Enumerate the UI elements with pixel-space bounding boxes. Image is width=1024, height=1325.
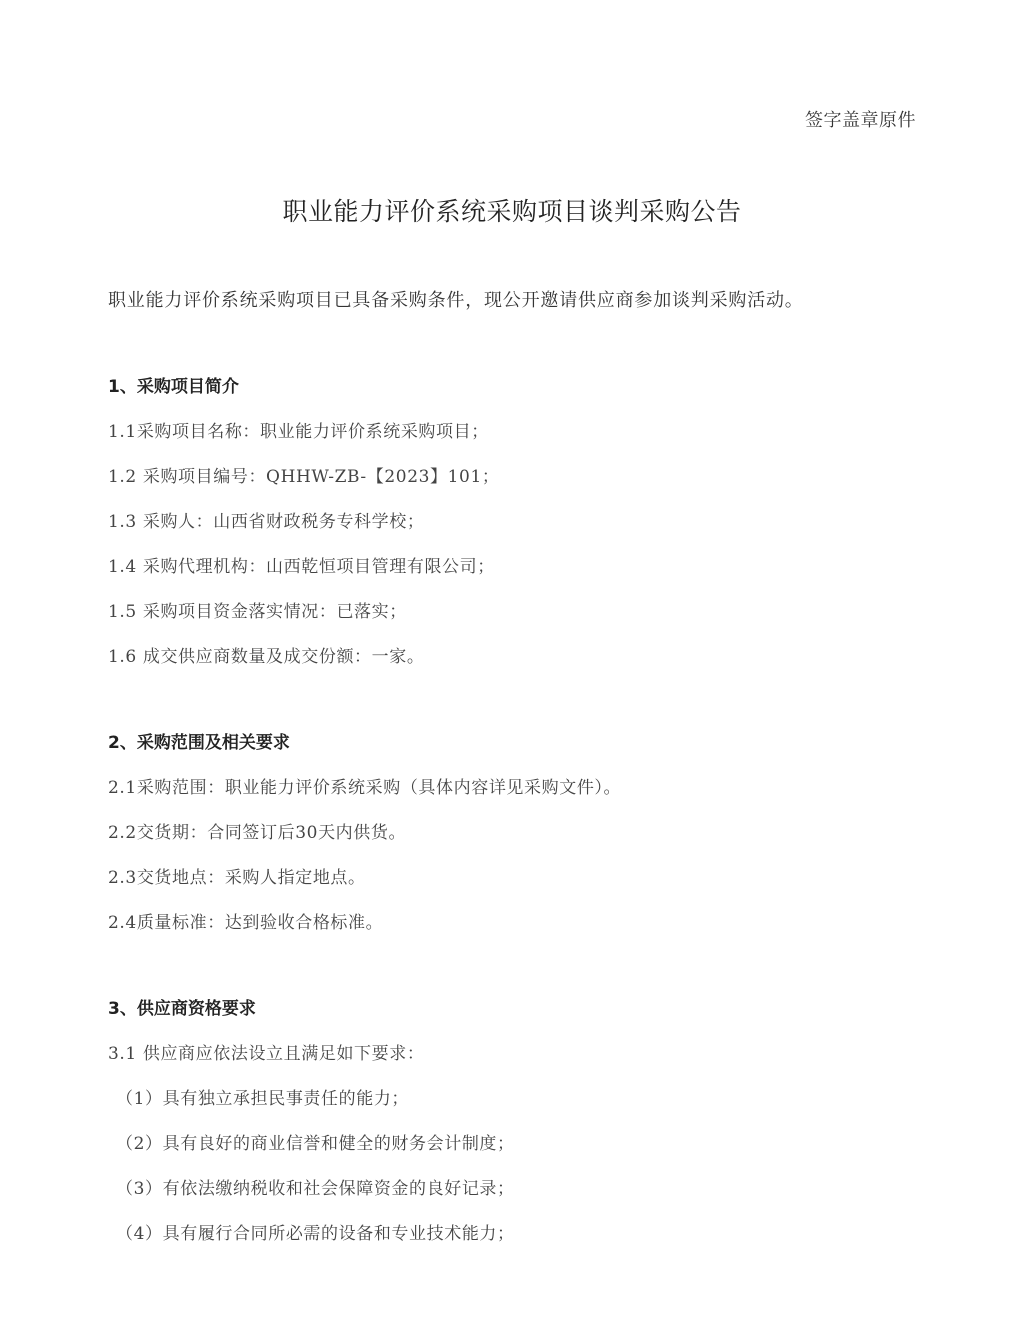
section-project-overview: 1、采购项目简介 1.1采购项目名称：职业能力评价系统采购项目； 1.2 采购项… xyxy=(108,374,499,689)
section-item: 2.4质量标准：达到验收合格标准。 xyxy=(108,910,621,955)
section-item: 1.1采购项目名称：职业能力评价系统采购项目； xyxy=(108,419,499,464)
section-item: 2.3交货地点：采购人指定地点。 xyxy=(108,865,621,910)
section-item: 2.1采购范围：职业能力评价系统采购（具体内容详见采购文件）。 xyxy=(108,775,621,820)
section-item: 3.1 供应商应依法设立且满足如下要求： xyxy=(108,1041,515,1086)
qualification-item: （1）具有独立承担民事责任的能力； xyxy=(108,1086,515,1131)
section-item: 1.5 采购项目资金落实情况：已落实； xyxy=(108,599,499,644)
intro-paragraph: 职业能力评价系统采购项目已具备采购条件，现公开邀请供应商参加谈判采购活动。 xyxy=(108,286,804,312)
section-item: 2.2交货期：合同签订后30天内供货。 xyxy=(108,820,621,865)
section-heading: 1、采购项目简介 xyxy=(108,374,499,419)
section-item: 1.6 成交供应商数量及成交份额：一家。 xyxy=(108,644,499,689)
section-heading: 3、供应商资格要求 xyxy=(108,996,515,1041)
section-supplier-qualifications: 3、供应商资格要求 3.1 供应商应依法设立且满足如下要求： （1）具有独立承担… xyxy=(108,996,515,1266)
document-page: 签字盖章原件 职业能力评价系统采购项目谈判采购公告 职业能力评价系统采购项目已具… xyxy=(0,0,1024,1325)
qualification-item: （4）具有履行合同所必需的设备和专业技术能力； xyxy=(108,1221,515,1266)
section-item: 1.4 采购代理机构：山西乾恒项目管理有限公司； xyxy=(108,554,499,599)
stamp-note: 签字盖章原件 xyxy=(805,106,916,132)
section-item: 1.2 采购项目编号：QHHW-ZB-【2023】101； xyxy=(108,464,499,509)
document-title: 职业能力评价系统采购项目谈判采购公告 xyxy=(0,192,1024,228)
section-scope-requirements: 2、采购范围及相关要求 2.1采购范围：职业能力评价系统采购（具体内容详见采购文… xyxy=(108,730,621,955)
qualification-item: （2）具有良好的商业信誉和健全的财务会计制度； xyxy=(108,1131,515,1176)
qualification-item: （3）有依法缴纳税收和社会保障资金的良好记录； xyxy=(108,1176,515,1221)
section-heading: 2、采购范围及相关要求 xyxy=(108,730,621,775)
section-item: 1.3 采购人：山西省财政税务专科学校； xyxy=(108,509,499,554)
